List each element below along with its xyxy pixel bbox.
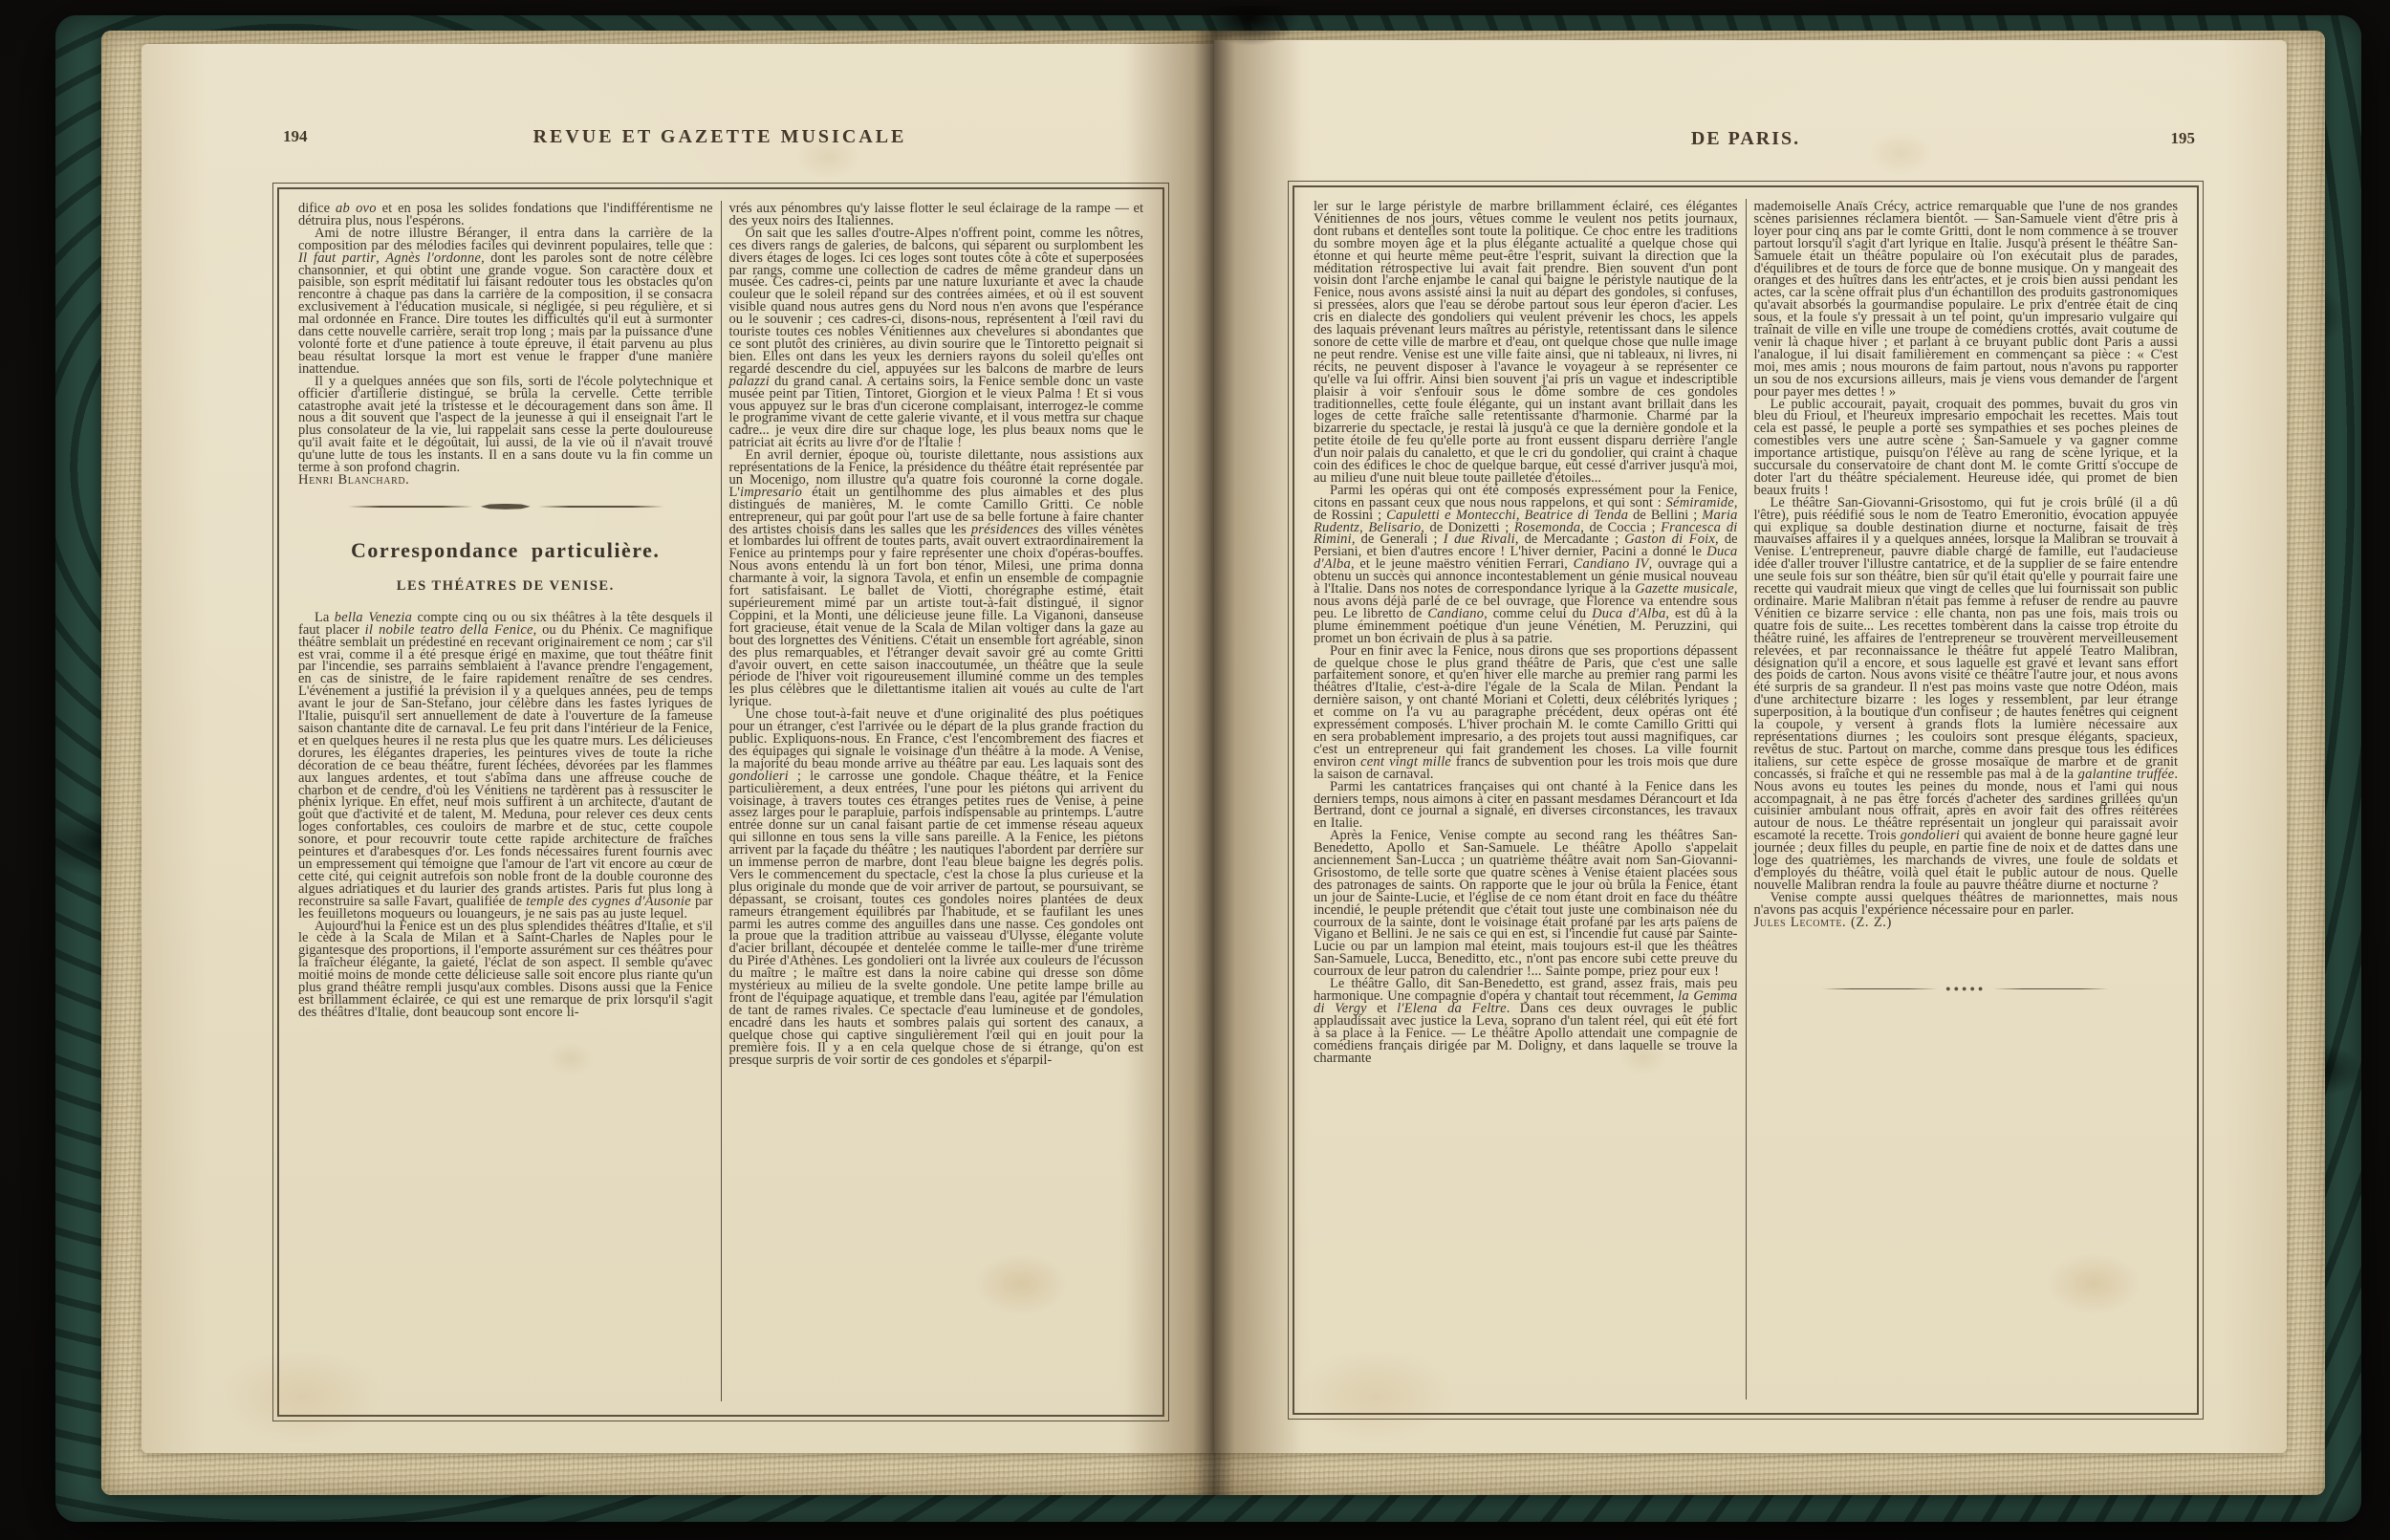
paragraph-continuation: difice ab ovo et en posa les solides fon… (298, 203, 713, 228)
left-page-column-2: vrés aux pénombres qu'y laisse flotter l… (721, 201, 1152, 1401)
paragraph: Après la Fenice, Venise compte au second… (1314, 830, 1738, 978)
right-running-head: DE PARIS. 195 (1293, 128, 2199, 157)
paragraph: Ami de notre illustre Béranger, il entra… (298, 228, 713, 376)
paragraph-continuation: ler sur le large péristyle de marbre bri… (1314, 201, 1738, 485)
end-of-article-ornament: ●●●●● (1822, 986, 2109, 991)
paragraph: Aujourd'hui la Fenice est un des plus sp… (298, 921, 713, 1019)
paragraph: Une chose tout-à-fait neuve et d'une ori… (729, 708, 1144, 1066)
paragraph-continuation: mademoiselle Anaïs Crécy, actrice remarq… (1754, 201, 2179, 399)
left-page-text-frame: difice ab ovo et en posa les solides fon… (277, 187, 1164, 1417)
paragraph: Parmi les cantatrices françaises qui ont… (1314, 781, 1738, 831)
paragraph: On sait que les salles d'outre-Alpes n'o… (729, 228, 1144, 449)
paragraph: Pour en finir avec la Fenice, nous diron… (1314, 645, 1738, 781)
article-subheading: LES THÉATRES DE VENISE. (298, 578, 713, 595)
article-heading: Correspondance particulière. (298, 538, 713, 563)
paragraph: Le public accourait, payait, croquait de… (1754, 399, 2179, 497)
author-signature: Jules Lecomte. (Z. Z.) (1754, 917, 2179, 929)
paragraph: Il y a quelques années que son fils, sor… (298, 376, 713, 474)
right-page: DE PARIS. 195 ler sur le large péristyle… (1214, 40, 2287, 1453)
paragraph-continuation: vrés aux pénombres qu'y laisse flotter l… (729, 203, 1144, 228)
left-page-column-1: difice ab ovo et en posa les solides fon… (291, 201, 721, 1401)
photographed-book-scene: 194 REVUE ET GAZETTE MUSICALE difice ab … (0, 0, 2390, 1540)
paragraph: Parmi les opéras qui ont été composés ex… (1314, 485, 1738, 645)
right-page-column-2: mademoiselle Anaïs Crécy, actrice remarq… (1746, 199, 2186, 1399)
paragraph: La bella Venezia compte cinq ou ou six t… (298, 612, 713, 921)
paragraph: Le théâtre Gallo, dit San-Benedetto, est… (1314, 978, 1738, 1064)
paragraph: Le théâtre San-Giovanni-Grisostomo, qui … (1754, 497, 2179, 892)
section-divider-ornament (348, 504, 663, 510)
left-page: 194 REVUE ET GAZETTE MUSICALE difice ab … (141, 44, 1214, 1453)
left-running-head: 194 REVUE ET GAZETTE MUSICALE (277, 126, 1162, 155)
left-running-title: REVUE ET GAZETTE MUSICALE (277, 126, 1162, 148)
paragraph: Venise compte aussi quelques théâtres de… (1754, 892, 2179, 917)
paragraph: En avril dernier, époque où, touriste di… (729, 449, 1144, 708)
author-signature: Henri Blanchard. (298, 474, 713, 487)
right-page-column-1: ler sur le large péristyle de marbre bri… (1306, 199, 1746, 1399)
right-running-title: DE PARIS. (1293, 128, 2199, 150)
right-page-text-frame: ler sur le large péristyle de marbre bri… (1293, 185, 2199, 1415)
right-page-number: 195 (2171, 129, 2196, 148)
